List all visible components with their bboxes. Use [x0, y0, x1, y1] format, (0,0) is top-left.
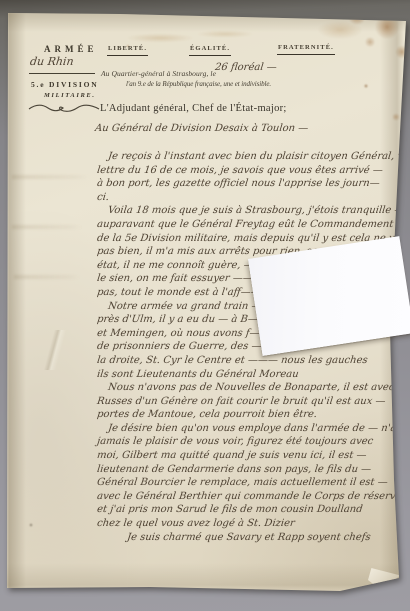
manuscript-line: portes de Mantoue, cela pourroit bien êt…: [97, 408, 392, 422]
manuscript-line: Général Bourcier le remplace, mais actue…: [97, 476, 392, 490]
manuscript-line: Je désire bien qu'on vous employe dans l…: [97, 422, 392, 436]
flourish-squiggle-icon: [28, 102, 100, 114]
manuscript-line-text: Nous n'avons pas de Nouvelles de Bonapar…: [107, 381, 410, 395]
manuscript-line-text: ils sont Lieutenants du Général Moreau: [96, 368, 299, 382]
motto-egalite: ÉGALITÉ.: [189, 45, 231, 56]
manuscript-line: lieutenant de Gendarmerie dans son pays,…: [97, 463, 392, 477]
manuscript-line-text: chez le quel vous avez logé à St. Dizier: [96, 517, 295, 531]
manuscript-line: Je suis charmé que Savary et Rapp soyent…: [97, 531, 392, 545]
manuscript-body: Je reçois à l'instant avec bien du plais…: [97, 150, 392, 544]
army-name-text: du Rhin: [29, 55, 74, 68]
paper-crease: [8, 330, 98, 370]
manuscript-line-text: jamais le plaisir de vous voir, figurez …: [96, 435, 374, 449]
manuscript-line: à bon port, les gazette officiel nous l'…: [97, 177, 392, 191]
manuscript-line-text: lettre du 16 de ce mois, je savois que v…: [96, 164, 383, 178]
dateline-printed: Au Quartier-général à Strasbourg, le: [101, 69, 216, 78]
manuscript-line-text: lieutenant de Gendarmerie dans son pays,…: [96, 463, 372, 477]
army-label: ARMÉE: [44, 44, 98, 54]
manuscript-line-text: Je désire bien qu'on vous employe dans l…: [107, 422, 410, 436]
photo-background: ARMÉE du Rhin 5.e DIVISION MILITAIRE. LI…: [0, 0, 410, 611]
ink-bleedthrough: [12, 175, 90, 179]
division-label-2: MILITAIRE.: [44, 92, 96, 99]
sender-title: L'Adjudant général, Chef de l'État-major…: [100, 103, 287, 114]
corner-tear: [368, 562, 402, 592]
manuscript-line: Voila 18 mois que je suis à Strasbourg, …: [97, 204, 392, 218]
manuscript-line: et j'ai pris mon Sarud le fils de mon co…: [97, 503, 392, 517]
army-name-handwritten: du Rhin: [30, 55, 74, 68]
manuscript-line-text: ci.: [96, 191, 110, 205]
motto-fraternite: FRATERNITÉ.: [277, 44, 335, 55]
manuscript-line: jamais le plaisir de vous voir, figurez …: [97, 435, 392, 449]
manuscript-line: Russes d'un Génère on fait courir le bru…: [97, 395, 392, 409]
manuscript-line-text: Voila 18 mois que je suis à Strasbourg, …: [107, 204, 405, 218]
manuscript-line-text: Russes d'un Génère on fait courir le bru…: [96, 395, 386, 409]
manuscript-line-text: Je suis charmé que Savary et Rapp soyent…: [126, 531, 371, 545]
manuscript-line: auparavant que le Général Freytag eût le…: [97, 218, 392, 232]
manuscript-line: la droite, St. Cyr le Centre et ——— nous…: [97, 354, 392, 368]
dateline-year: l'an 9.e de la République française, une…: [126, 80, 271, 88]
recipient-text: Au Général de Division Desaix à Toulon —: [94, 123, 308, 134]
ink-bleedthrough: [14, 275, 80, 279]
manuscript-line: Nous n'avons pas de Nouvelles de Bonapar…: [97, 381, 392, 395]
manuscript-line: ils sont Lieutenants du Général Moreau: [97, 368, 392, 382]
manuscript-line: chez le quel vous avez logé à St. Dizier: [97, 517, 392, 531]
manuscript-line-text: Général Bourcier le remplace, mais actue…: [96, 476, 388, 490]
manuscript-line: avec le Général Berthier qui commande le…: [97, 490, 392, 504]
manuscript-line: Je reçois à l'instant avec bien du plais…: [97, 150, 392, 164]
recipient-line: Au Général de Division Desaix à Toulon —: [95, 123, 308, 134]
manuscript-line-text: moi, Gilbert ma quitté quand je suis ven…: [96, 449, 367, 463]
division-label: 5.e DIVISION: [31, 80, 98, 89]
manuscript-line: lettre du 16 de ce mois, je savois que v…: [97, 164, 392, 178]
manuscript-line: moi, Gilbert ma quitté quand je suis ven…: [97, 449, 392, 463]
letterhead-rule: [29, 73, 95, 74]
manuscript-line-text: Je reçois à l'instant avec bien du plais…: [107, 150, 410, 164]
manuscript-line-text: à bon port, les gazette officiel nous l'…: [96, 177, 380, 191]
date-text: 26 floréal —: [214, 62, 277, 73]
manuscript-line-text: avec le Général Berthier qui commande le…: [96, 490, 402, 504]
manuscript-line-text: auparavant que le Général Freytag eût le…: [96, 218, 394, 232]
manuscript-line-text: la droite, St. Cyr le Centre et ——— nous…: [96, 354, 368, 368]
motto-liberte: LIBERTÉ.: [107, 45, 148, 56]
manuscript-line-text: le sien, on me fait essuyer ————: [96, 272, 273, 286]
manuscript-line-text: et j'ai pris mon Sarud le fils de mon co…: [96, 503, 363, 517]
manuscript-line: ci.: [97, 191, 392, 205]
date-handwritten: 26 floréal —: [215, 62, 277, 73]
manuscript-line-text: portes de Mantoue, cela pourroit bien êt…: [96, 408, 318, 422]
ink-bleedthrough: [12, 225, 82, 229]
